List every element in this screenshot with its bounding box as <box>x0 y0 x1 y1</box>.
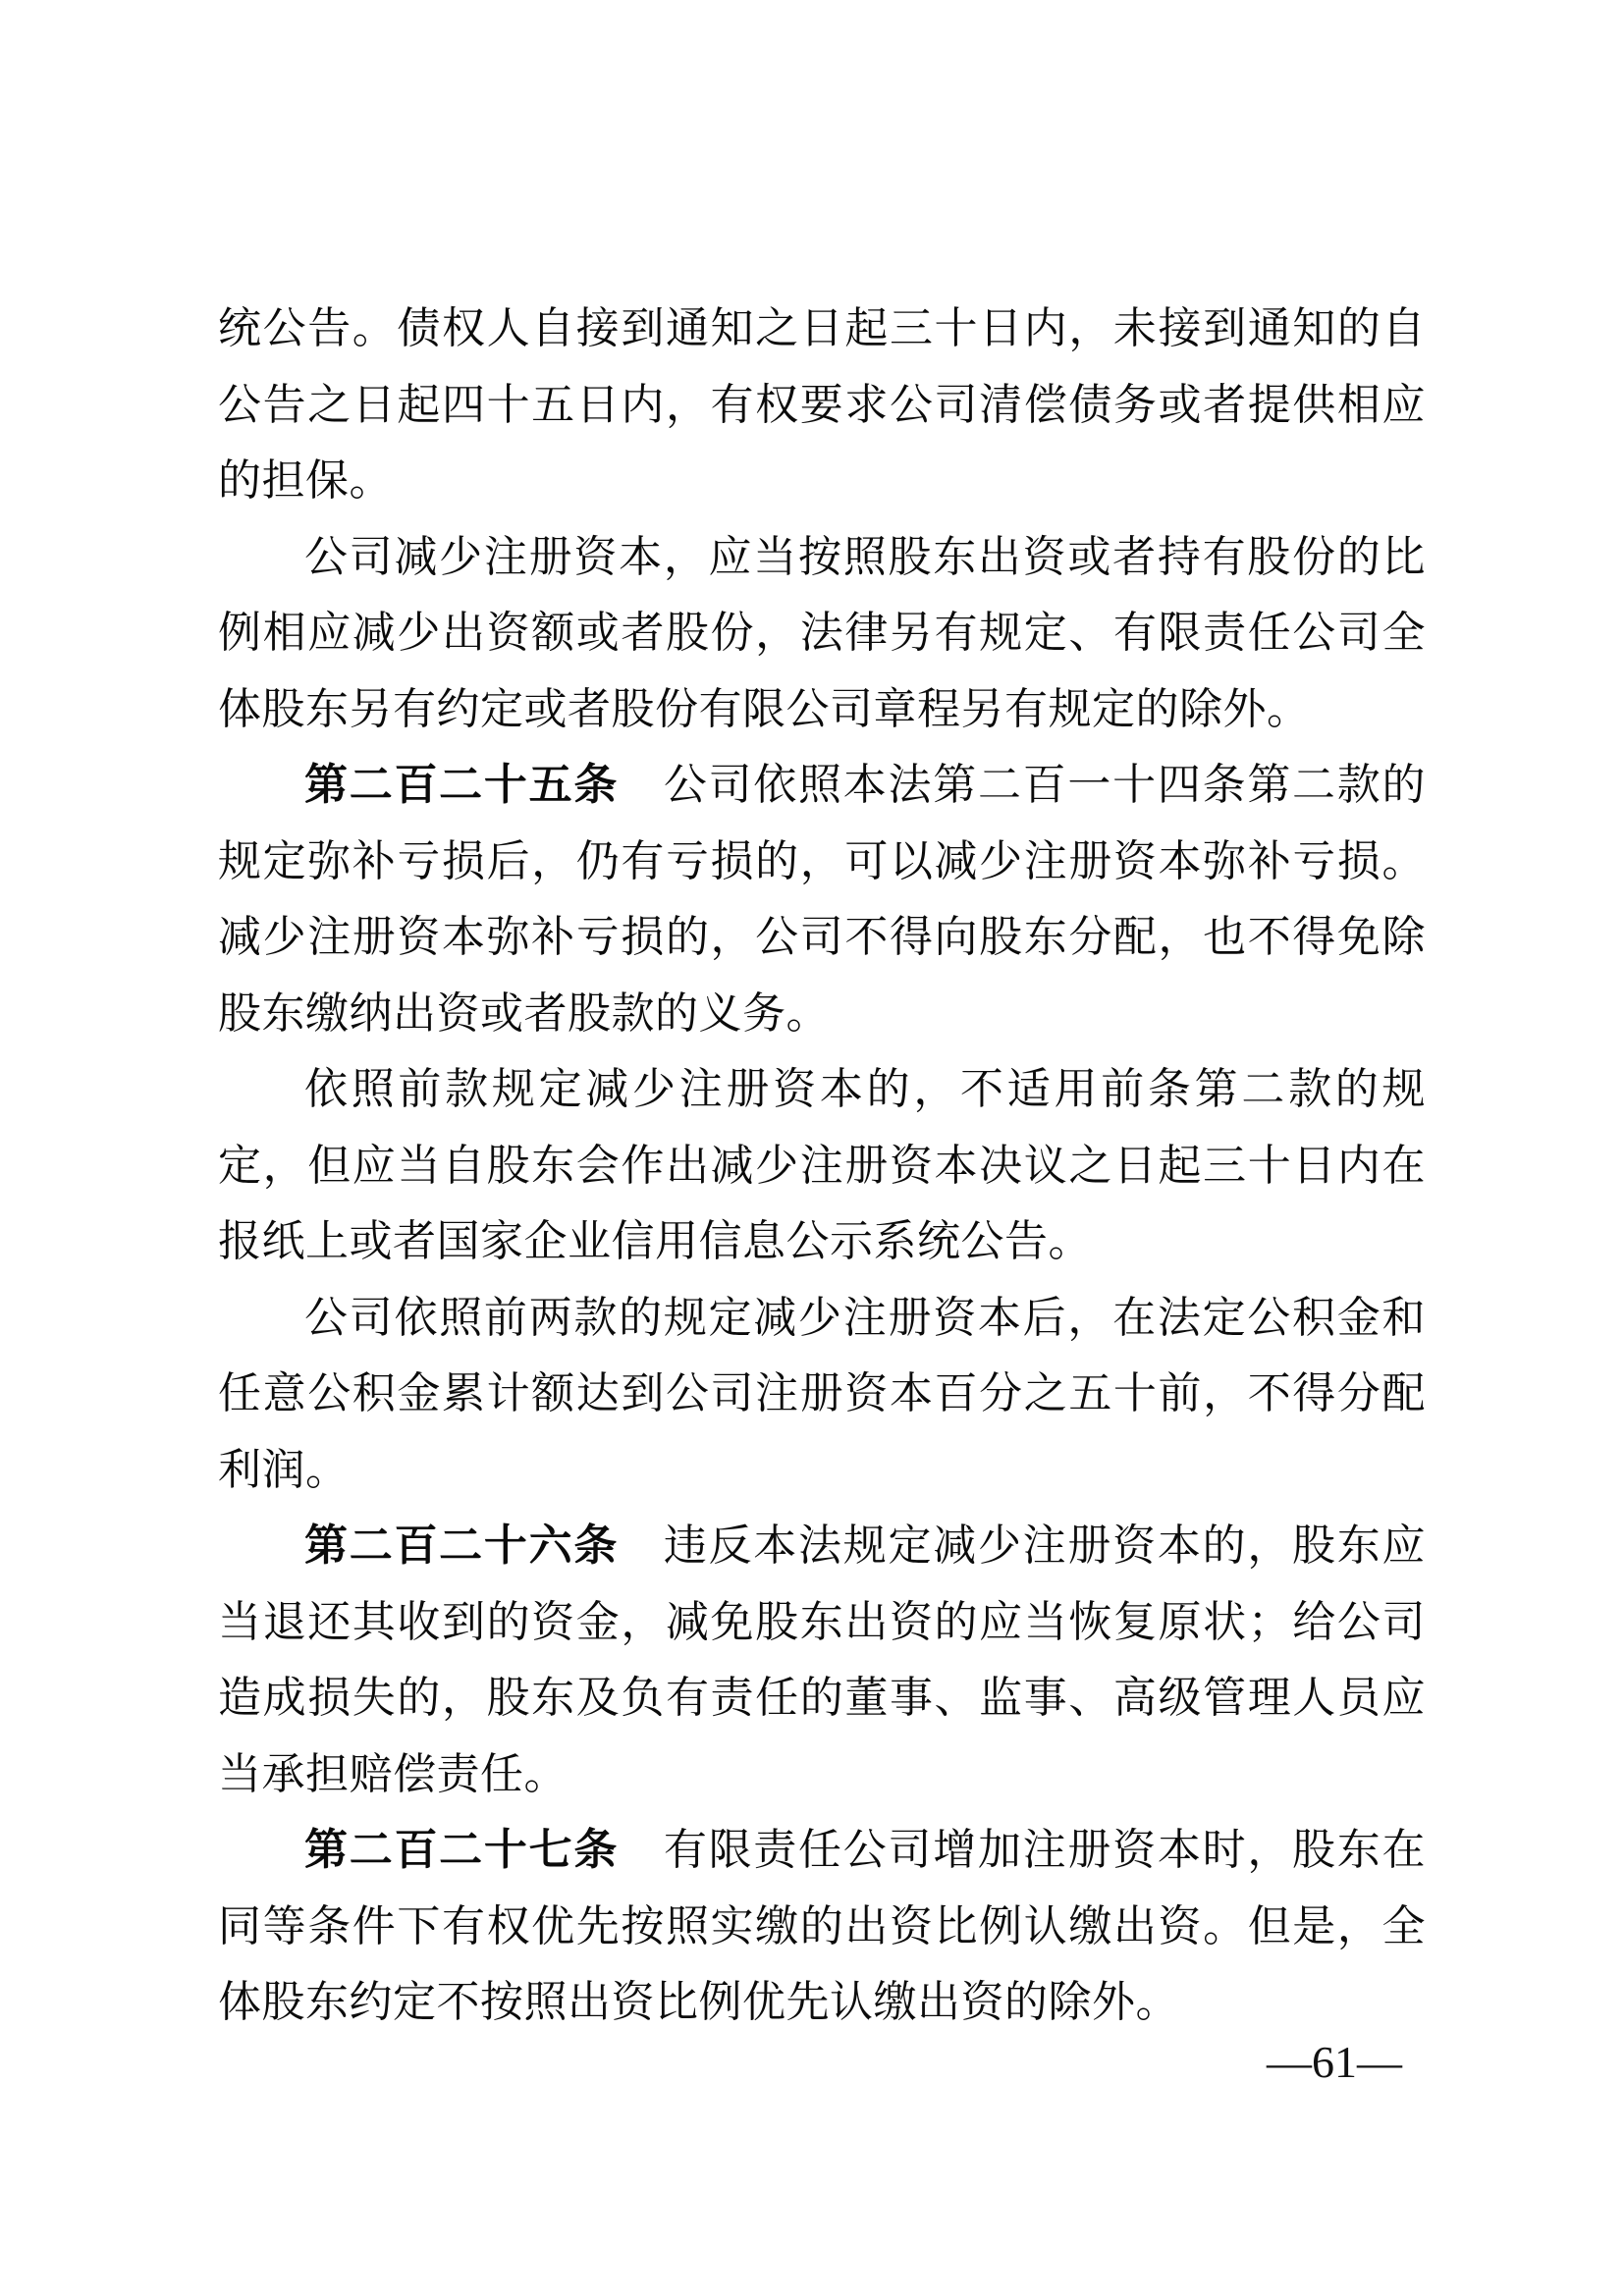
paragraph: 依照前款规定减少注册资本的，不适用前条第二款的规定，但应当自股东会作出减少注册资… <box>218 1051 1426 1280</box>
paragraph: 第二百二十七条 有限责任公司增加注册资本时，股东在同等条件下有权优先按照实缴的出… <box>218 1812 1426 2041</box>
paragraph-text: 公司依照前两款的规定减少注册资本后，在法定公积金和任意公积金累计额达到公司注册资… <box>218 1294 1426 1494</box>
paragraph-text: 统公告。债权人自接到通知之日起三十日内，未接到通知的自公告之日起四十五日内，有权… <box>218 304 1426 505</box>
article-number-heading: 第二百二十六条 <box>304 1522 619 1570</box>
document-body: 统公告。债权人自接到通知之日起三十日内，未接到通知的自公告之日起四十五日内，有权… <box>218 291 1426 2041</box>
paragraph-text: 依照前款规定减少注册资本的，不适用前条第二款的规定，但应当自股东会作出减少注册资… <box>218 1065 1426 1265</box>
paragraph-text: 公司减少注册资本，应当按照股东出资或者持有股份的比例相应减少出资额或者股份，法律… <box>218 533 1426 733</box>
paragraph: 公司依照前两款的规定减少注册资本后，在法定公积金和任意公积金累计额达到公司注册资… <box>218 1280 1426 1509</box>
article-number-heading: 第二百二十五条 <box>304 761 619 809</box>
document-page: 统公告。债权人自接到通知之日起三十日内，未接到通知的自公告之日起四十五日内，有权… <box>0 0 1624 2296</box>
article-number-heading: 第二百二十七条 <box>304 1826 619 1874</box>
paragraph: 公司减少注册资本，应当按照股东出资或者持有股份的比例相应减少出资额或者股份，法律… <box>218 519 1426 748</box>
page-number: —61— <box>1267 2038 1394 2087</box>
paragraph: 第二百二十六条 违反本法规定减少注册资本的，股东应当退还其收到的资金，减免股东出… <box>218 1508 1426 1812</box>
paragraph: 第二百二十五条 公司依照本法第二百一十四条第二款的规定弥补亏损后，仍有亏损的，可… <box>218 747 1426 1051</box>
paragraph: 统公告。债权人自接到通知之日起三十日内，未接到通知的自公告之日起四十五日内，有权… <box>218 291 1426 519</box>
